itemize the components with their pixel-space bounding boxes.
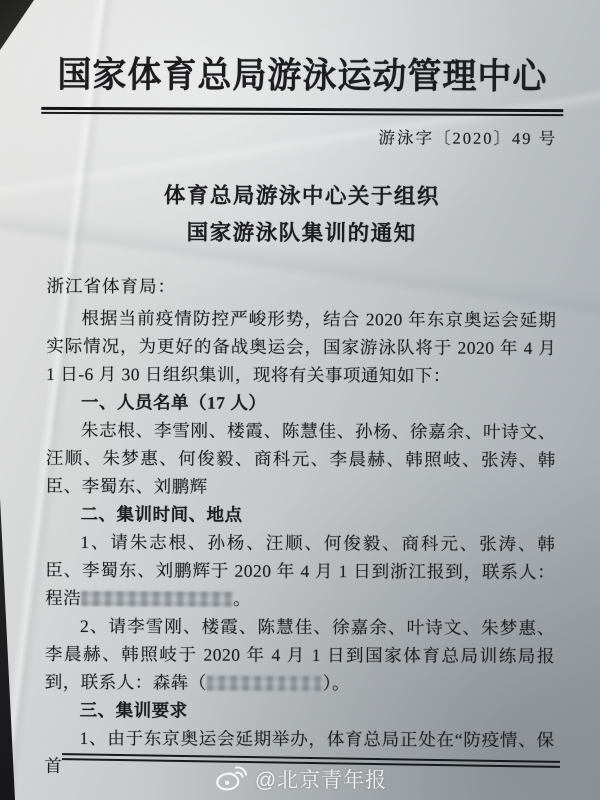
redacted-phone-1 [81, 591, 233, 607]
notice-title-line2: 国家游泳队集训的通知 [47, 214, 557, 253]
roster-paragraph: 朱志根、李雪刚、楼霞、陈慧佳、孙杨、徐嘉余、叶诗文、汪顺、朱梦惠、何俊毅、商科元… [46, 416, 556, 502]
document-photo: 国家体育总局游泳运动管理中心 游泳字〔2020〕49 号 体育总局游泳中心关于组… [0, 0, 600, 800]
weibo-icon [213, 765, 247, 793]
notice-title-line1: 体育总局游泳中心关于组织 [47, 177, 557, 216]
section2-heading: 二、集训时间、地点 [45, 500, 555, 530]
item2-after-redaction: ）。 [323, 673, 350, 693]
recipient-line: 浙江省体育局： [46, 273, 556, 300]
letterhead-divider [41, 107, 563, 116]
document-number: 游泳字〔2020〕49 号 [47, 123, 557, 149]
intro-paragraph: 根据当前疫情防控严峻形势，结合 2020 年东京奥运会延期实际情况，为更好的备战… [46, 304, 556, 390]
watermark-text: @北京青年报 [255, 764, 387, 794]
notice-title: 体育总局游泳中心关于组织 国家游泳队集训的通知 [47, 177, 557, 253]
item1-paragraph: 1、请朱志根、孙杨、汪顺、何俊毅、商科元、张涛、韩臣、李蜀东、刘鹏辉于 2020… [45, 528, 555, 614]
item2-paragraph: 2、请李雪刚、楼霞、陈慧佳、徐嘉余、叶诗文、朱梦惠、李晨赫、韩照岐于 2020 … [45, 612, 555, 698]
section1-heading: 一、人员名单（17 人） [46, 388, 556, 418]
redacted-phone-2 [207, 676, 323, 692]
document-page: 国家体育总局游泳运动管理中心 游泳字〔2020〕49 号 体育总局游泳中心关于组… [0, 0, 600, 800]
section3-heading: 三、集训要求 [45, 696, 555, 726]
watermark: @北京青年报 [0, 762, 600, 796]
letterhead-org-name: 国家体育总局游泳运动管理中心 [47, 54, 557, 100]
item1-after-redaction: 。 [233, 589, 251, 609]
